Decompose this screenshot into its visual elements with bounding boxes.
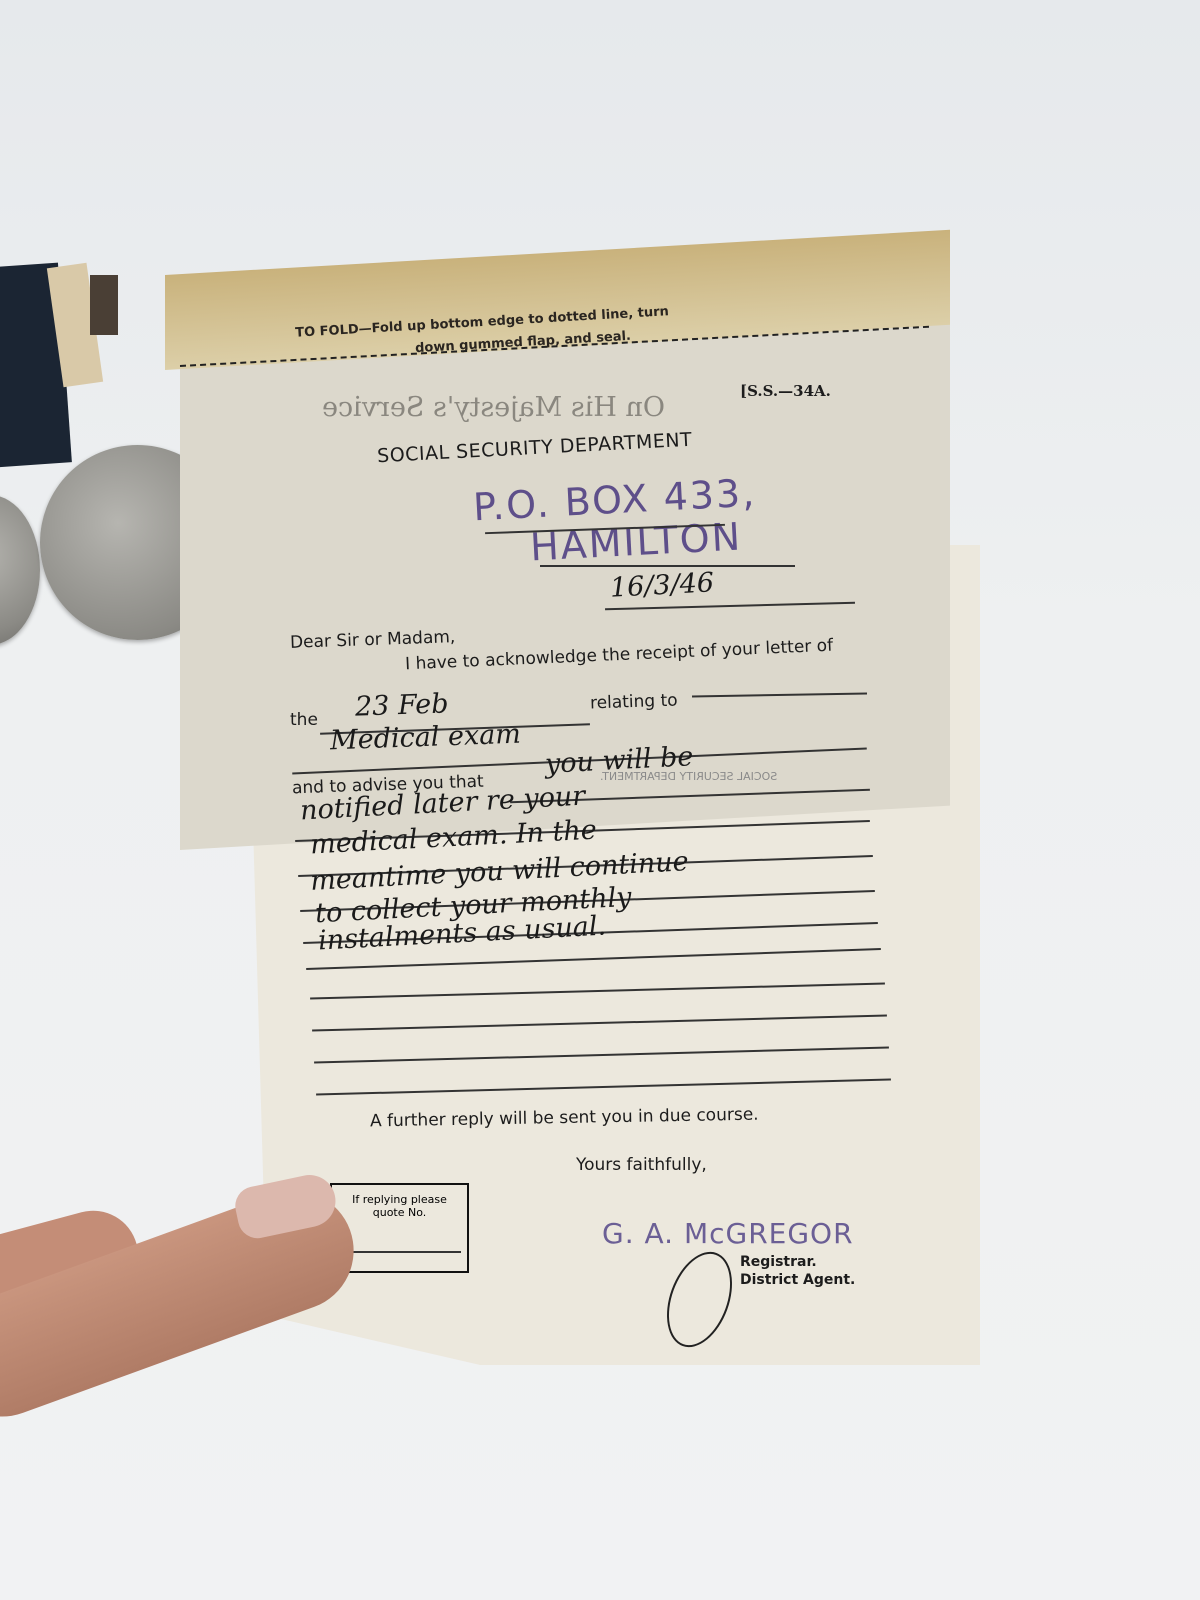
ribbon-clip bbox=[90, 275, 118, 335]
title-registrar: Registrar. bbox=[740, 1254, 817, 1270]
handwritten-letter-date: 23 Feb bbox=[354, 688, 448, 722]
quote-number-line bbox=[336, 1251, 461, 1253]
the-label: the bbox=[290, 710, 318, 730]
title-district-agent: District Agent. bbox=[740, 1272, 855, 1288]
relating-label: relating to bbox=[590, 690, 678, 713]
closing: Yours faithfully, bbox=[576, 1155, 707, 1175]
quote-box-line1: If replying please bbox=[332, 1193, 467, 1206]
signatory-stamp: G. A. McGREGOR bbox=[602, 1217, 854, 1250]
quote-box-line2: quote No. bbox=[332, 1206, 467, 1219]
form-number: [S.S.—34A. bbox=[740, 382, 831, 400]
handwritten-date: 16/3/46 bbox=[609, 567, 715, 603]
medal bbox=[0, 495, 40, 645]
ohms-mirrored: On His Majesty's Service bbox=[322, 392, 665, 423]
stamp-rule bbox=[540, 565, 795, 567]
quote-box-label: If replying please quote No. bbox=[332, 1193, 467, 1219]
